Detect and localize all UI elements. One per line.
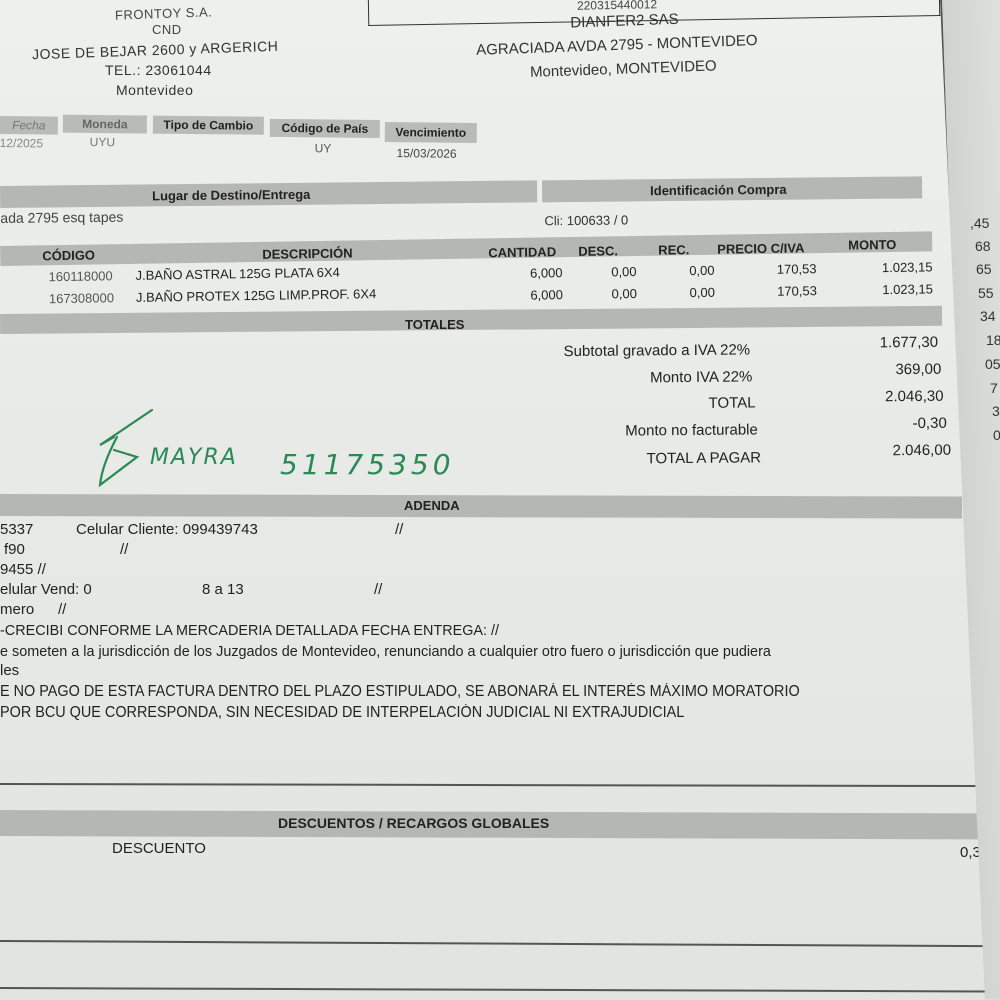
peek-number: 05 (985, 356, 1000, 372)
total-value-subtotal: 1.677,30 (820, 334, 938, 352)
total-value-total: 2.046,30 (820, 388, 943, 406)
purchase-id-value: Cli: 100633 / 0 (544, 212, 628, 228)
total-label-iva: Monto IVA 22% (500, 368, 752, 387)
addenda-line: f90 (4, 541, 25, 558)
info-header-tipo-cambio: Tipo de Cambio (153, 116, 264, 135)
info-value-moneda: UYU (90, 135, 115, 149)
addenda-header: ADENDA (404, 498, 460, 513)
peek-number: ,45 (970, 215, 989, 231)
addenda-line: // (395, 521, 403, 538)
item-amount: 1.023,15 (849, 281, 933, 297)
item-surcharge: 0,00 (661, 285, 715, 301)
info-value-codigo-pais: UY (315, 141, 332, 155)
peek-number: 68 (975, 238, 991, 254)
item-code: 167308000 (49, 290, 114, 306)
item-price: 170,53 (740, 261, 816, 277)
item-amount: 1.023,15 (848, 259, 932, 275)
items-header-rec: REC. (658, 242, 689, 257)
issuer-sub: CND (152, 22, 182, 37)
issuer-name: FRONTOY S.A. (115, 4, 213, 22)
addenda-line: 5337 (0, 521, 33, 538)
total-label-no-facturable: Monto no facturable (501, 421, 758, 440)
receiver-city: Montevideo, MONTEVIDEO (530, 57, 717, 81)
delivery-header: Lugar de Destino/Entrega (152, 187, 310, 204)
legal-text: e someten a la jurisdicción de los Juzga… (0, 643, 771, 660)
total-label-total: TOTAL (501, 394, 756, 413)
item-discount: 0,00 (581, 286, 637, 302)
addenda-line: // (120, 541, 128, 558)
totals-header: TOTALES (405, 317, 464, 332)
items-header-precio: PRECIO C/IVA (717, 240, 804, 256)
total-value-iva: 369,00 (820, 361, 941, 379)
item-price: 170,53 (741, 283, 817, 299)
global-discounts-header: DESCUENTOS / RECARGOS GLOBALES (278, 815, 549, 831)
legal-text: E NO PAGO DE ESTA FACTURA DENTRO DEL PLA… (0, 683, 800, 701)
item-discount: 0,00 (580, 264, 636, 280)
info-value-vencimiento: 15/03/2026 (397, 146, 457, 161)
legal-text: POR BCU QUE CORRESPONDA, SIN NECESIDAD D… (0, 704, 684, 722)
item-quantity: 6,000 (501, 287, 563, 303)
total-value-a-pagar: 2.046,00 (821, 442, 951, 460)
peek-number: 18 (986, 332, 1000, 348)
divider (0, 940, 1000, 947)
total-value-no-facturable: -0,30 (821, 415, 947, 433)
peek-number: 7 (990, 380, 998, 396)
items-header-cantidad: CANTIDAD (488, 244, 556, 260)
addenda-line: mero (0, 601, 34, 618)
items-header-codigo: CÓDIGO (42, 248, 95, 264)
addenda-line: elular Vend: 0 (0, 581, 92, 598)
divider (0, 987, 1000, 992)
peek-number: 34 (980, 308, 996, 324)
divider (0, 783, 990, 787)
item-description: J.BAÑO ASTRAL 125G PLATA 6X4 (135, 265, 339, 283)
signature-name: MAYRA (150, 445, 238, 470)
peek-number: 65 (976, 261, 992, 277)
peek-number: 3 (992, 403, 1000, 419)
purchase-id-header: Identificación Compra (650, 182, 787, 198)
info-header-fecha: Fecha (0, 116, 58, 135)
issuer-city: Montevideo (116, 82, 193, 98)
addenda-line: Celular Cliente: 099439743 (76, 521, 258, 538)
info-value-fecha: 12/2025 (0, 136, 43, 150)
total-label-a-pagar: TOTAL A PAGAR (501, 449, 761, 468)
issuer-phone: TEL.: 23061044 (105, 62, 212, 78)
info-header-vencimiento: Vencimiento (385, 122, 477, 143)
signature-number: 51175350 (280, 448, 455, 481)
discount-label: DESCUENTO (112, 840, 206, 857)
items-header-desc: DESC. (578, 243, 618, 259)
peek-number: 0 (993, 427, 1000, 443)
peek-number: 55 (978, 285, 994, 301)
addenda-line: // (374, 581, 382, 598)
legal-text: les (0, 662, 19, 679)
item-quantity: 6,000 (500, 265, 562, 281)
items-header-descripcion: DESCRIPCIÓN (262, 245, 353, 261)
invoice-sheet: FRONTOY S.A. CND JOSE DE BEJAR 2600 y AR… (0, 0, 1000, 1000)
receiver-name: DIANFER2 SAS (570, 11, 679, 32)
receiver-address: AGRACIADA AVDA 2795 - MONTEVIDEO (476, 32, 758, 59)
addenda-line: 8 a 13 (202, 581, 244, 598)
item-surcharge: 0,00 (660, 263, 714, 279)
legal-text: -CRECIBI CONFORME LA MERCADERIA DETALLAD… (0, 622, 499, 639)
delivery-value: ada 2795 esq tapes (0, 209, 123, 226)
info-header-codigo-pais: Código de País (270, 119, 380, 138)
info-header-moneda: Moneda (63, 115, 147, 134)
issuer-address: JOSE DE BEJAR 2600 y ARGERICH (32, 38, 279, 63)
item-description: J.BAÑO PROTEX 125G LIMP.PROF. 6X4 (136, 286, 377, 305)
items-header-monto: MONTO (848, 237, 896, 253)
total-label-subtotal: Subtotal gravado a IVA 22% (500, 341, 750, 360)
addenda-line: // (58, 601, 66, 618)
addenda-line: 9455 // (0, 561, 46, 578)
item-code: 160118000 (48, 268, 112, 284)
receiver-rut: 220315440012 (577, 0, 657, 13)
